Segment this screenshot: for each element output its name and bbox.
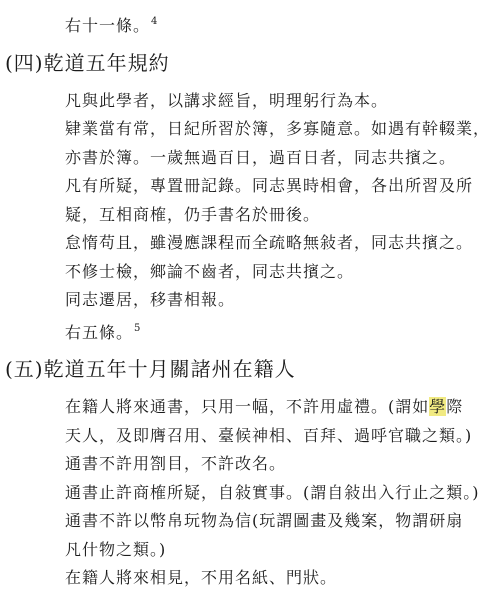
text-run: 凡與此學者，以講求經旨，明理躬行為本。 — [65, 91, 388, 110]
text-run: 不修士檢，鄉論不齒者，同志共擯之。 — [65, 262, 354, 281]
text-line: 凡與此學者，以講求經旨，明理躬行為本。 — [0, 87, 490, 116]
text-run: 肄業當有常，日紀所習於簿，多寡隨意。如遇有幹輟業， — [65, 119, 490, 138]
document-page: 右十一條。4(四)乾道五年規約凡與此學者，以講求經旨，明理躬行為本。肄業當有常，… — [0, 0, 490, 600]
text-line: 凡什物之類。) — [0, 536, 490, 565]
section-heading: (四)乾道五年規約 — [0, 47, 490, 79]
text-line: 亦書於簿。一歲無過百日，過百日者，同志共擯之。 — [0, 144, 490, 173]
text-line: 通書不許以幣帛玩物為信(玩謂圖畫及幾案，物謂研扇 — [0, 507, 490, 536]
text-line: 右十一條。4 — [0, 8, 490, 37]
text-line: 通書止許商榷所疑，自敍實事。(謂自敍出入行止之類。) — [0, 479, 490, 508]
text-line: 不修士檢，鄉論不齒者，同志共擯之。 — [0, 258, 490, 287]
search-highlight: 學 — [429, 397, 446, 416]
text-line: 在籍人將來通書，只用一幅，不許用虛禮。(謂如學際 — [0, 393, 490, 422]
text-run: (五)乾道五年十月關諸州在籍人 — [5, 357, 296, 381]
text-run: 右十一條。 — [65, 16, 150, 35]
text-run: 同志遷居，移書相報。 — [65, 290, 235, 309]
text-run: 通書不許用劄目，不許改名。 — [65, 454, 286, 473]
text-run: 凡什物之類。) — [65, 540, 166, 559]
footnote-marker: 5 — [134, 323, 140, 334]
text-line: 疑，互相商榷，仍手書名於冊後。 — [0, 201, 490, 230]
text-line: 怠惰苟且，雖漫應課程而全疏略無敍者，同志共擯之。 — [0, 229, 490, 258]
text-run: 在籍人將來相見，不用名紙、門狀。 — [65, 568, 337, 587]
text-line: 天人，及即膺召用、臺候神相、百拜、過呼官職之類。) — [0, 422, 490, 451]
text-run: 通書不許以幣帛玩物為信(玩謂圖畫及幾案，物謂研扇 — [65, 511, 463, 530]
text-line: 右五條。5 — [0, 315, 490, 344]
text-line: 通書不許用劄目，不許改名。 — [0, 450, 490, 479]
text-line: 肄業當有常，日紀所習於簿，多寡隨意。如遇有幹輟業， — [0, 115, 490, 144]
text-line: 凡有所疑，專置冊記錄。同志異時相會，各出所習及所 — [0, 172, 490, 201]
footnote-marker: 4 — [151, 16, 157, 27]
text-line: 在籍人將來相見，不用名紙、門狀。 — [0, 564, 490, 593]
text-run: 通書止許商榷所疑，自敍實事。(謂自敍出入行止之類。) — [65, 483, 480, 502]
section-heading: (五)乾道五年十月關諸州在籍人 — [0, 353, 490, 385]
text-run: 右五條。 — [65, 323, 133, 342]
text-run: 亦書於簿。一歲無過百日，過百日者，同志共擯之。 — [65, 148, 456, 167]
text-run: 凡有所疑，專置冊記錄。同志異時相會，各出所習及所 — [65, 176, 473, 195]
text-line: 同志遷居，移書相報。 — [0, 286, 490, 315]
text-run: 際 — [446, 397, 463, 416]
document-content: 右十一條。4(四)乾道五年規約凡與此學者，以講求經旨，明理躬行為本。肄業當有常，… — [0, 8, 490, 593]
text-run: 怠惰苟且，雖漫應課程而全疏略無敍者，同志共擯之。 — [65, 233, 473, 252]
text-run: 在籍人將來通書，只用一幅，不許用虛禮。(謂如 — [65, 397, 429, 416]
text-run: (四)乾道五年規約 — [5, 51, 170, 75]
text-run: 疑，互相商榷，仍手書名於冊後。 — [65, 205, 320, 224]
text-run: 天人，及即膺召用、臺候神相、百拜、過呼官職之類。) — [65, 426, 472, 445]
